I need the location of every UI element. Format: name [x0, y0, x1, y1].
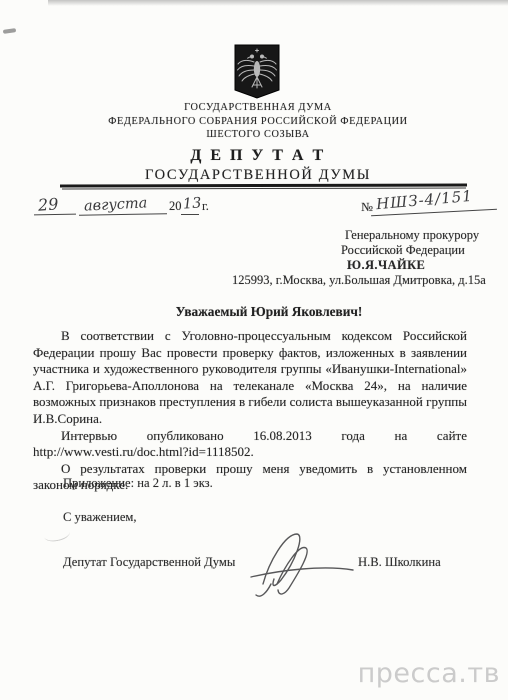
attachment-note: Приложение: на 2 л. в 1 экз. [63, 476, 213, 491]
letterhead-divider [60, 183, 467, 187]
handwritten-year: 13 [182, 195, 202, 212]
watermark: пресса.тв [358, 658, 500, 689]
printed-year-suffix: г. [202, 199, 209, 214]
signer-position-title: Депутат Государственной Думы [63, 555, 235, 570]
letterhead: ГОСУДАРСТВЕННАЯ ДУМА ФЕДЕРАЛЬНОГО СОБРАН… [4, 101, 508, 184]
body-paragraph-1: В соответствии с Уголовно-процессуальным… [33, 328, 467, 428]
printed-year-prefix: 20 [169, 199, 182, 214]
body-paragraph-2: Интервью опубликовано 16.08.2013 года на… [33, 428, 467, 461]
scan-artifact-smudge [43, 525, 71, 543]
closing-phrase: С уважением, [63, 510, 137, 525]
recipient-line-2: Российской Федерации [341, 243, 465, 258]
role-subtitle: ГОСУДАРСТВЕННОЙ ДУМЫ [4, 167, 508, 184]
letter-body: В соответствии с Уголовно-процессуальным… [33, 328, 467, 494]
body-paragraph-2-url: http://www.vesti.ru/doc.html?id=1118502. [33, 444, 254, 459]
month-blank-underline [79, 213, 167, 216]
letterhead-divider-thin-line [62, 187, 466, 189]
signer-name: Н.В. Школкина [358, 555, 441, 570]
russia-coat-of-arms-icon [234, 44, 280, 99]
scan-artifact-top-band [48, 0, 508, 6]
org-name-line-2: ФЕДЕРАЛЬНОГО СОБРАНИЯ РОССИЙСКОЙ ФЕДЕРАЦ… [4, 115, 508, 129]
handwritten-day: 29 [37, 194, 59, 214]
number-sign: № [361, 200, 373, 215]
scanned-letter-page: ГОСУДАРСТВЕННАЯ ДУМА ФЕДЕРАЛЬНОГО СОБРАН… [0, 0, 508, 700]
recipient-address: 125993, г.Москва, ул.Большая Дмитровка, … [232, 273, 486, 288]
scan-artifact-edge-mark [3, 28, 16, 34]
org-name-line-3: ШЕСТОГО СОЗЫВА [4, 128, 508, 142]
year-blank-underline [181, 214, 199, 215]
handwritten-month: августа [84, 195, 148, 214]
handwritten-outgoing-number: НШЗ-4/151 [375, 187, 473, 213]
salutation: Уважаемый Юрий Яковлевич! [52, 304, 486, 320]
recipient-name: Ю.Я.ЧАЙКЕ [347, 258, 425, 273]
handwritten-signature-icon [241, 524, 361, 604]
body-paragraph-2-text: Интервью опубликовано 16.08.2013 года на… [61, 428, 467, 443]
org-name-line-1: ГОСУДАРСТВЕННАЯ ДУМА [4, 101, 508, 115]
date-blank-underline [34, 214, 76, 216]
role-title: Д Е П У Т А Т [4, 147, 508, 165]
recipient-line-1: Генеральному прокурору [345, 228, 479, 243]
